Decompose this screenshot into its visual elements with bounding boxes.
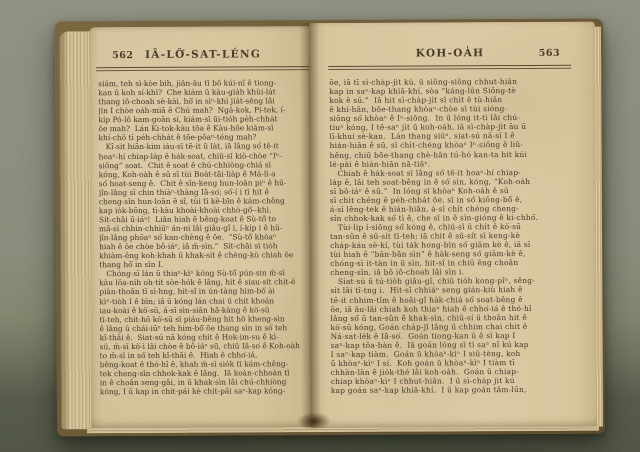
page-header-left: 562 IÂ-LÔ͘-SAT-LÉNG bbox=[98, 48, 308, 63]
running-title-right: KOH-OA̍H bbox=[330, 47, 570, 60]
text-line: ê lâng ū chái-iūⁿ teh him-bō͘ ōe thang s… bbox=[100, 323, 312, 333]
page-text-right: ōe, iā tī sì-cha̍p-ji̍t kú, ū siông-siôn… bbox=[329, 77, 574, 395]
text-line: cheng-sîn hun-loān ê sî, tùi tī kè-bīn ê… bbox=[99, 196, 311, 206]
page-text-left: siám, teh sì-kòe bih, jiân-āu tī bô kúi-… bbox=[98, 78, 312, 396]
book: 562 IÂ-LÔ͘-SAT-LÉNG siám, teh sì-kòe bih… bbox=[55, 19, 605, 437]
page-header-right: KOH-OA̍H 563 bbox=[330, 47, 570, 62]
text-line: hoaⁿ-hí chiap-la̍p ê ha̍k-soat, chiū-sī … bbox=[99, 151, 311, 161]
text-line: kap goán saⁿ-kap khiā-khí. I ū kap goán … bbox=[331, 385, 574, 395]
page-number-left: 562 bbox=[112, 50, 133, 61]
photo-background: 562 IÂ-LÔ͘-SAT-LÉNG siám, teh sì-kòe bih… bbox=[0, 0, 640, 452]
page-number-right: 563 bbox=[539, 48, 560, 59]
text-line: sū, m̄-sī kò͘-ì lâi chòe ê bô-iáⁿ sū, ch… bbox=[100, 341, 312, 351]
text-line: kóng, I ū kap in chi̍t-pái kè chi̍t-pái … bbox=[100, 386, 312, 396]
gutter-stain bbox=[297, 412, 331, 430]
text-line: só͘ hoat-seng ê. Chit ê sîn-keng hun-loā… bbox=[99, 178, 311, 188]
page-edges-left bbox=[59, 31, 92, 429]
text-line: khiàm-ēng koh-khah ū khak-si̍t ê chèng-k… bbox=[99, 250, 311, 260]
